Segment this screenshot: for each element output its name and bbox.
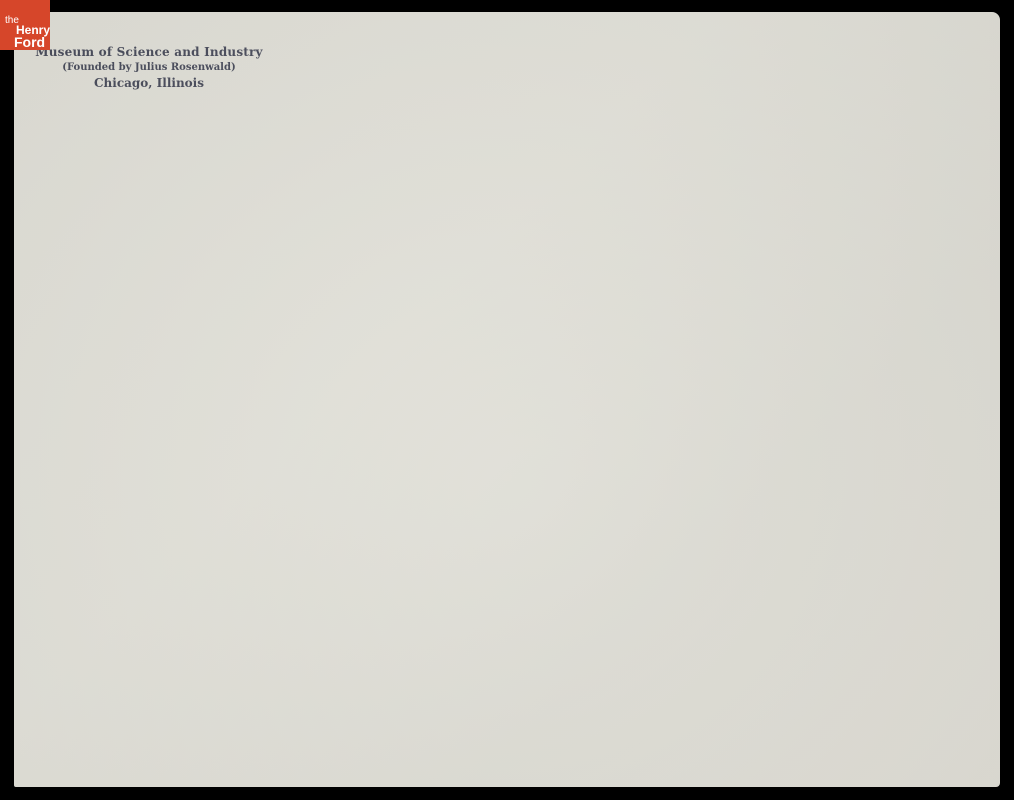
- logo-ford: Ford: [14, 35, 45, 49]
- stamp-founder: (Founded by Julius Rosenwald): [34, 62, 264, 73]
- museum-stamp: Museum of Science and Industry (Founded …: [34, 45, 264, 90]
- stamp-location: Chicago, Illinois: [34, 76, 264, 90]
- photo-card-back: Museum of Science and Industry (Founded …: [14, 12, 1000, 787]
- henry-ford-logo: the Henry Ford: [0, 0, 50, 50]
- stamp-museum-name: Museum of Science and Industry: [34, 45, 264, 59]
